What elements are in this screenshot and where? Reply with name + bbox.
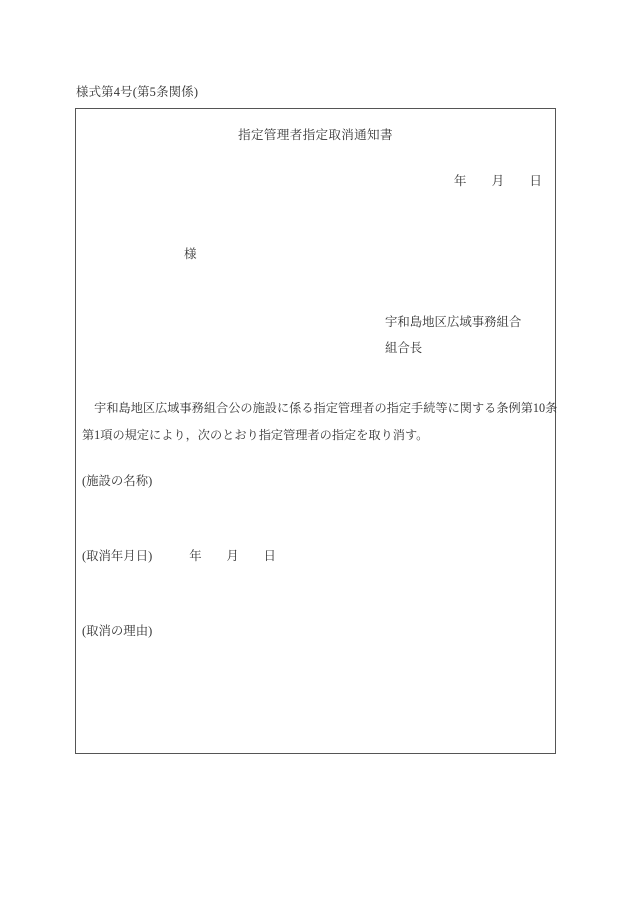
sender-block: 宇和島地区広域事務組合 組合長 bbox=[385, 309, 521, 361]
sender-position: 組合長 bbox=[385, 335, 521, 361]
cancellation-date-value: 年 月 日 bbox=[189, 549, 276, 563]
facility-name-label: (施設の名称) bbox=[82, 474, 152, 488]
notice-form-box: 指定管理者指定取消通知書 年 月 日 様 宇和島地区広域事務組合 組合長 宇和島… bbox=[75, 108, 556, 754]
body-line: 第1項の規定により，次のとおり指定管理者の指定を取り消す。 bbox=[82, 422, 552, 449]
addressee-honorific: 様 bbox=[184, 243, 197, 262]
cancellation-reason-field: (取消の理由) bbox=[82, 621, 152, 639]
body-line: 宇和島地区広域事務組合公の施設に係る指定管理者の指定手続等に関する条例第10条 bbox=[82, 395, 552, 422]
cancellation-date-field: (取消年月日)年 月 日 bbox=[82, 546, 276, 564]
form-number-label: 様式第4号(第5条関係) bbox=[76, 82, 198, 100]
issue-date-line: 年 月 日 bbox=[454, 170, 542, 189]
document-title: 指定管理者指定取消通知書 bbox=[76, 124, 555, 143]
cancellation-date-label: (取消年月日) bbox=[82, 549, 152, 563]
facility-name-field: (施設の名称) bbox=[82, 471, 152, 489]
document-page: 様式第4号(第5条関係) 指定管理者指定取消通知書 年 月 日 様 宇和島地区広… bbox=[0, 0, 630, 915]
body-paragraph: 宇和島地区広域事務組合公の施設に係る指定管理者の指定手続等に関する条例第10条 … bbox=[82, 395, 552, 449]
sender-organization: 宇和島地区広域事務組合 bbox=[385, 309, 521, 335]
cancellation-reason-label: (取消の理由) bbox=[82, 624, 152, 638]
